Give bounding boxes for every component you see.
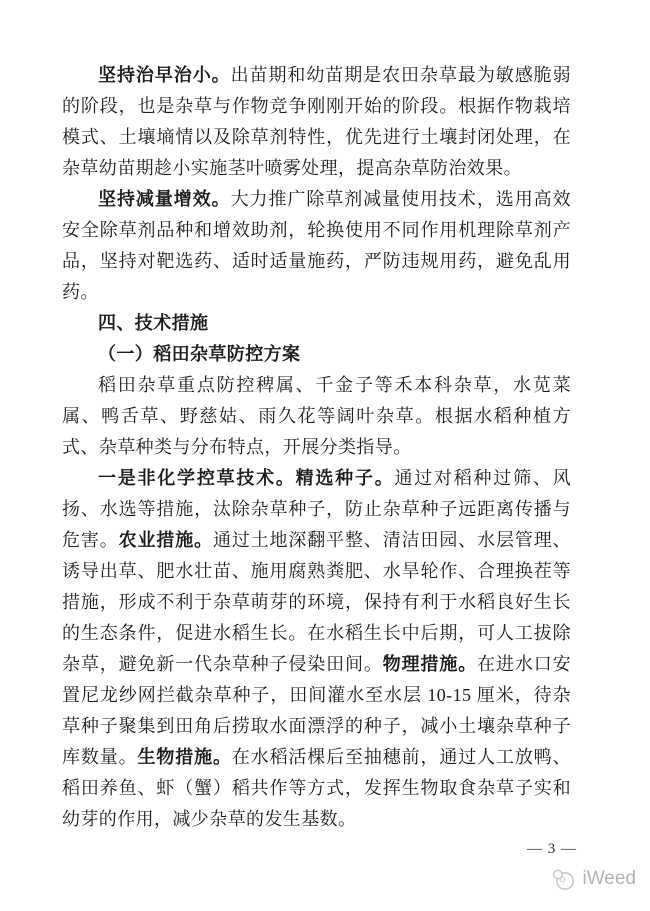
paragraph-key-weeds: 稻田杂草重点防控稗属、千金子等禾本科杂草，水苋菜属、鸭舌草、野慈姑、雨久花等阔叶… <box>62 370 571 463</box>
paragraph-early-control: 坚持治早治小。出苗期和幼苗期是农田杂草最为敏感脆弱的阶段，也是杂草与作物竞争刚刚… <box>62 60 571 184</box>
bold-run: （一）稻田杂草防控方案 <box>98 344 300 364</box>
text-run: 稻田杂草重点防控稗属、千金子等禾本科杂草，水苋菜属、鸭舌草、野慈姑、雨久花等阔叶… <box>62 375 571 457</box>
bold-run: 一是非化学控草技术。精选种子。 <box>98 468 394 488</box>
heading-paddy-weed-plan: （一）稻田杂草防控方案 <box>62 339 571 370</box>
watermark: iWeed <box>550 866 636 892</box>
bold-run: 生物措施。 <box>137 747 231 767</box>
iweed-logo-icon <box>550 866 576 892</box>
bold-run: 四、技术措施 <box>98 313 208 333</box>
heading-technical-measures: 四、技术措施 <box>62 308 571 339</box>
bold-run: 农业措施。 <box>119 530 213 550</box>
page-number: — 3 — <box>0 841 577 858</box>
paragraph-reduction-efficiency: 坚持减量增效。大力推广除草剂减量使用技术，选用高效安全除草剂品种和增效助剂，轮换… <box>62 184 571 308</box>
text-run: 通过土地深翻平整、清洁田园、水层管理、诱导出草、肥水壮苗、施用腐熟粪肥、水旱轮作… <box>62 530 571 674</box>
bold-run: 坚持减量增效。 <box>98 189 231 209</box>
watermark-label: iWeed <box>582 866 636 892</box>
bold-run: 坚持治早治小。 <box>98 65 231 85</box>
document-page: 坚持治早治小。出苗期和幼苗期是农田杂草最为敏感脆弱的阶段，也是杂草与作物竞争刚刚… <box>0 0 650 911</box>
paragraph-non-chemical-techniques: 一是非化学控草技术。精选种子。通过对稻种过筛、风扬、水选等措施，汰除杂草种子，防… <box>62 463 571 835</box>
bold-run: 物理措施。 <box>383 654 477 674</box>
document-body: 坚持治早治小。出苗期和幼苗期是农田杂草最为敏感脆弱的阶段，也是杂草与作物竞争刚刚… <box>62 60 571 835</box>
